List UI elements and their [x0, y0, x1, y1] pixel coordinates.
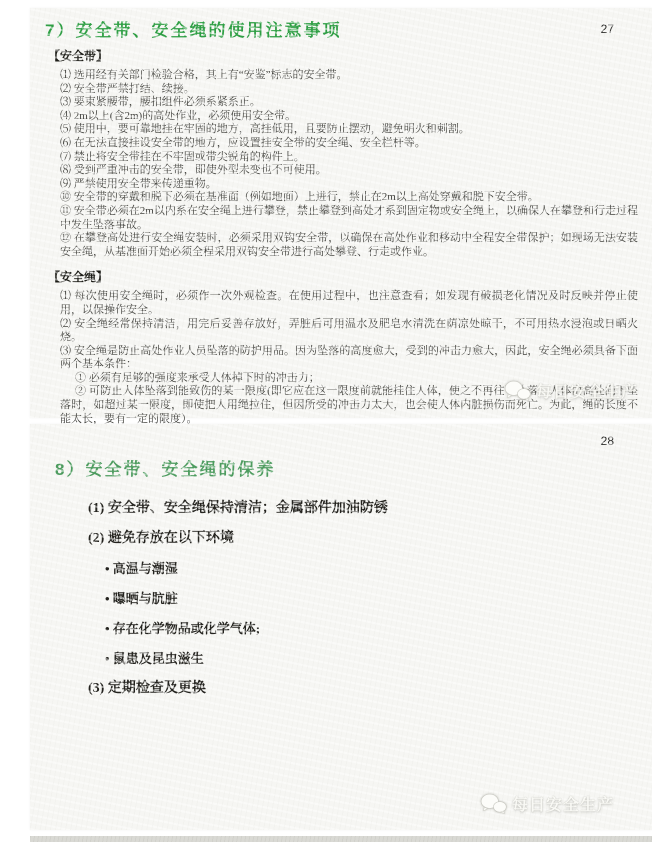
- belt-item: ⑹ 在无法直接挂设安全带的地方，应设置挂安全带的安全绳、安全栏杆等。: [60, 137, 638, 151]
- maintenance-item: (3) 定期检查及更换: [88, 681, 612, 697]
- slide1-title: 7）安全带、安全绳的使用注意事项: [45, 16, 612, 41]
- belt-item: ⑶ 要束紧腰带，腰扣组件必须系紧系正。: [60, 96, 638, 110]
- belt-section-header: 【安全带】: [48, 47, 652, 64]
- slide2-title: 8）安全带、安全绳的保养: [55, 455, 612, 480]
- maintenance-item: • 高温与潮湿: [105, 561, 612, 577]
- page-number: 27: [601, 22, 614, 36]
- slide-maintenance: 28 8）安全带、安全绳的保养 (1) 安全带、安全绳保持清洁；金属部件加油防锈…: [30, 424, 652, 830]
- rope-item: ⑴ 每次使用安全绳时，必须作一次外观检查。在使用过程中，也注意查看；如发现有破损…: [60, 290, 638, 317]
- belt-item: ⑩ 安全带的穿戴和脱下必须在基准面（例如地面）上进行，禁止在2m以上高处穿戴和脱…: [60, 191, 638, 205]
- watermark-label: 每日安全生产: [512, 792, 614, 815]
- belt-item: ⑴ 选用经有关部门检验合格，其上有“安鉴”标志的安全带。: [60, 69, 638, 83]
- rope-item: ① 必须有足够的强度来承受人体掉下时的冲击力；: [60, 372, 638, 386]
- watermark: 每日安全生产: [480, 792, 614, 815]
- rope-item-list: ⑴ 每次使用安全绳时，必须作一次外观检查。在使用过程中，也注意查看；如发现有破损…: [60, 290, 638, 440]
- belt-item-list: ⑴ 选用经有关部门检验合格，其上有“安鉴”标志的安全带。⑵ 安全带严禁打结、续接…: [60, 69, 638, 259]
- belt-item: ⑪ 安全带必须在2m以内系在安全绳上进行攀登，禁止攀登到高处才系到固定物或安全绳…: [60, 205, 638, 232]
- maintenance-item: • 鼠患及昆虫滋生: [105, 651, 612, 667]
- scanned-slides-page: 27 7）安全带、安全绳的使用注意事项 【安全带】 ⑴ 选用经有关部门检验合格，…: [0, 0, 652, 842]
- maintenance-item: (1) 安全带、安全绳保持清洁；金属部件加油防锈: [88, 501, 612, 517]
- wechat-icon: [480, 793, 507, 814]
- belt-item: ⑺ 禁止将安全带挂在不牢固或带尖锐角的构件上。: [60, 151, 638, 165]
- rope-section-header: 【安全绳】: [48, 268, 652, 285]
- maintenance-item: (2) 避免存放在以下环境: [88, 531, 612, 547]
- belt-item: ⑫ 在攀登高处进行安全绳安装时，必须采用双钩安全带，以确保在高处作业和移动中全程…: [60, 232, 638, 259]
- belt-item: ⑸ 使用中，要可靠地挂在牢固的地方，高挂低用，且要防止摆动，避免明火和刺割。: [60, 123, 638, 137]
- belt-item: ⑻ 受到严重冲击的安全带，即使外型未变也不可使用。: [60, 164, 638, 178]
- rope-item: ⑵ 安全绳经常保持清洁，用完后妥善存放好，弄脏后可用温水及肥皂水清洗在荫凉处晾干…: [60, 318, 638, 345]
- page-number: 28: [601, 434, 614, 448]
- belt-item: ⑵ 安全带严禁打结、续接。: [60, 83, 638, 97]
- slide-usage-precautions: 27 7）安全带、安全绳的使用注意事项 【安全带】 ⑴ 选用经有关部门检验合格，…: [30, 8, 652, 418]
- maintenance-item: • 存在化学物品或化学气体;: [105, 621, 612, 637]
- belt-item: ⑷ 2m以上(含2m)的高处作业，必须使用安全带。: [60, 110, 638, 124]
- rope-item: ② 可防止人体坠落到能致伤的某一限度(即它应在这一限度前就能挂住人体，使之不再往…: [60, 385, 638, 426]
- maintenance-item-list: (1) 安全带、安全绳保持清洁；金属部件加油防锈(2) 避免存放在以下环境• 高…: [88, 501, 612, 697]
- rope-item: ⑶ 安全绳是防止高处作业人员坠落的防护用品。因为坠落的高度愈大，受到的冲击力愈大…: [60, 345, 638, 372]
- maintenance-item: • 曝晒与肮脏: [105, 591, 612, 607]
- belt-item: ⑼ 严禁使用安全带来传递重物。: [60, 178, 638, 192]
- next-slide-top-edge: [30, 836, 652, 842]
